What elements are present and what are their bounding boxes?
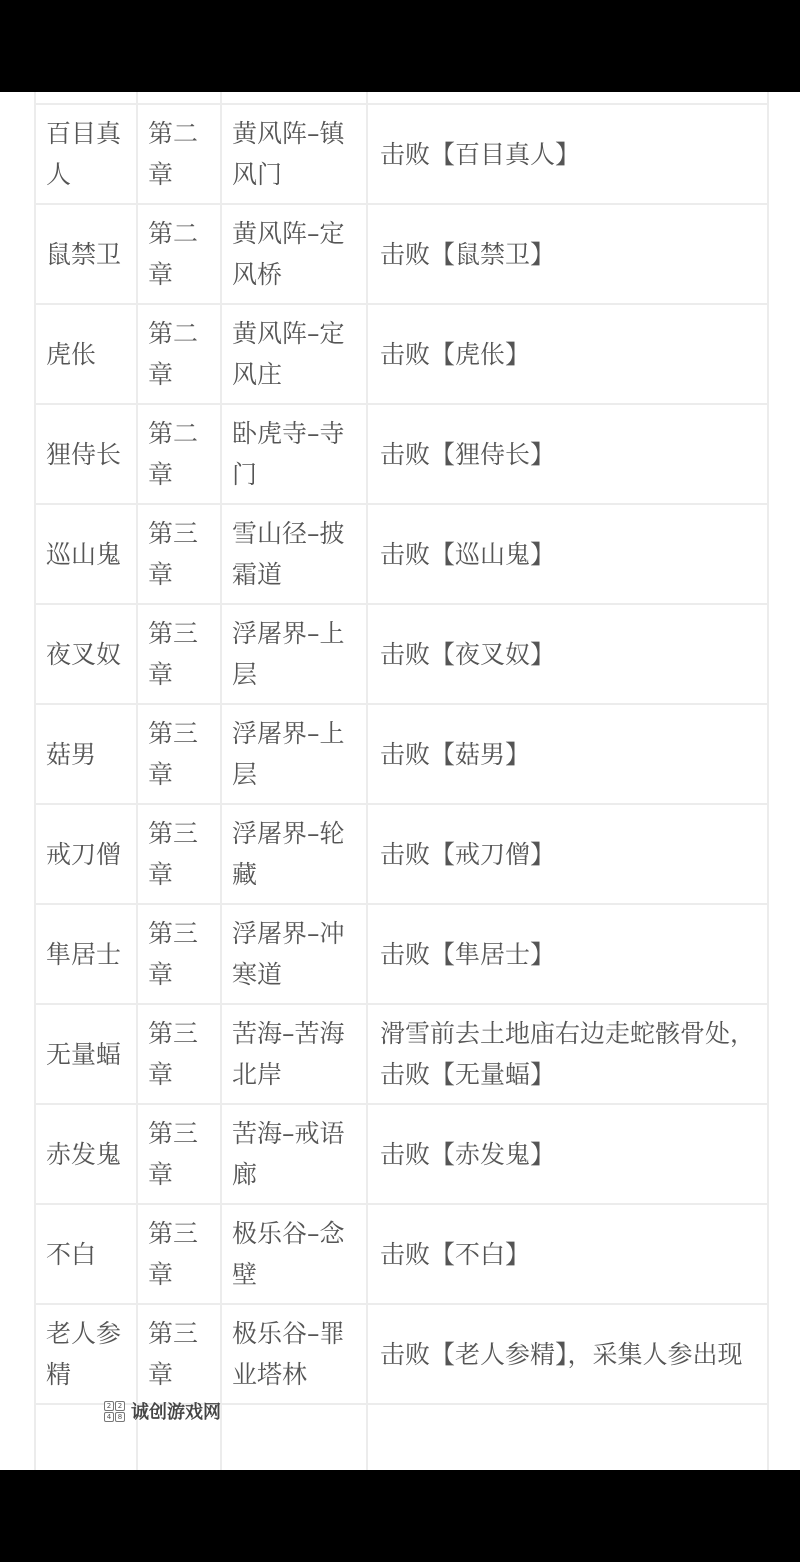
table-row: 不白 第三章 极乐谷–念壁 击败【不白】 [35, 1204, 768, 1304]
method-cell: 击败【戒刀僧】 [367, 804, 768, 904]
boss-cell: 赤发鬼 [35, 1104, 137, 1204]
boss-cell: 百目真人 [35, 104, 137, 204]
table-row: 百目真人 第二章 黄风阵–镇风门 击败【百目真人】 [35, 104, 768, 204]
table-row: 戒刀僧 第三章 浮屠界–轮藏 击败【戒刀僧】 [35, 804, 768, 904]
boss-cell: 无量蝠 [35, 1004, 137, 1104]
chapter-cell: 第三章 [137, 504, 221, 604]
table-row-partial-bottom [35, 1404, 768, 1470]
method-cell: 击败【巡山鬼】 [367, 504, 768, 604]
location-cell: 浮屠界–上层 [221, 604, 367, 704]
method-cell: 击败【百目真人】 [367, 104, 768, 204]
boss-cell: 戒刀僧 [35, 804, 137, 904]
method-cell: 击败【隼居士】 [367, 904, 768, 1004]
location-cell: 黄风阵–镇风门 [221, 104, 367, 204]
location-cell: 雪山径–披霜道 [221, 504, 367, 604]
chapter-cell: 第三章 [137, 1204, 221, 1304]
boss-cell: 巡山鬼 [35, 504, 137, 604]
boss-cell: 隼居士 [35, 904, 137, 1004]
chapter-cell: 第二章 [137, 204, 221, 304]
method-cell: 滑雪前去土地庙右边走蛇骸骨处，击败【无量蝠】 [367, 1004, 768, 1104]
top-black-bar [0, 0, 800, 92]
location-cell: 苦海–苦海北岸 [221, 1004, 367, 1104]
table-row: 狸侍长 第二章 卧虎寺–寺门 击败【狸侍长】 [35, 404, 768, 504]
location-cell: 极乐谷–念壁 [221, 1204, 367, 1304]
chapter-cell: 第二章 [137, 304, 221, 404]
method-cell: 击败【狸侍长】 [367, 404, 768, 504]
boss-cell: 不白 [35, 1204, 137, 1304]
method-cell: 击败【鼠禁卫】 [367, 204, 768, 304]
table-row: 隼居士 第三章 浮屠界–冲寒道 击败【隼居士】 [35, 904, 768, 1004]
location-cell: 黄风阵–定风庄 [221, 304, 367, 404]
table-row-partial-top [35, 92, 768, 104]
location-cell: 极乐谷–罪业塔林 [221, 1304, 367, 1404]
method-cell: 击败【夜叉奴】 [367, 604, 768, 704]
location-cell: 浮屠界–上层 [221, 704, 367, 804]
location-cell: 苦海–戒语廊 [221, 1104, 367, 1204]
method-cell: 击败【不白】 [367, 1204, 768, 1304]
table-row: 夜叉奴 第三章 浮屠界–上层 击败【夜叉奴】 [35, 604, 768, 704]
method-cell: 击败【赤发鬼】 [367, 1104, 768, 1204]
table-row: 赤发鬼 第三章 苦海–戒语廊 击败【赤发鬼】 [35, 1104, 768, 1204]
boss-table: 百目真人 第二章 黄风阵–镇风门 击败【百目真人】 鼠禁卫 第二章 黄风阵–定风… [34, 92, 769, 1470]
boss-cell: 夜叉奴 [35, 604, 137, 704]
boss-cell: 狸侍长 [35, 404, 137, 504]
chapter-cell: 第三章 [137, 904, 221, 1004]
chapter-cell: 第二章 [137, 404, 221, 504]
location-cell: 黄风阵–定风桥 [221, 204, 367, 304]
chapter-cell: 第三章 [137, 604, 221, 704]
chapter-cell: 第三章 [137, 1304, 221, 1404]
location-cell: 浮屠界–轮藏 [221, 804, 367, 904]
location-cell: 卧虎寺–寺门 [221, 404, 367, 504]
boss-cell: 菇男 [35, 704, 137, 804]
table-row: 老人参精 第三章 极乐谷–罪业塔林 击败【老人参精】，采集人参出现 [35, 1304, 768, 1404]
boss-cell: 虎伥 [35, 304, 137, 404]
method-cell: 击败【菇男】 [367, 704, 768, 804]
chapter-cell: 第三章 [137, 1004, 221, 1104]
bottom-black-bar [0, 1470, 800, 1562]
table-row: 菇男 第三章 浮屠界–上层 击败【菇男】 [35, 704, 768, 804]
method-cell: 击败【老人参精】，采集人参出现 [367, 1304, 768, 1404]
method-cell: 击败【虎伥】 [367, 304, 768, 404]
table-row: 虎伥 第二章 黄风阵–定风庄 击败【虎伥】 [35, 304, 768, 404]
table-row: 鼠禁卫 第二章 黄风阵–定风桥 击败【鼠禁卫】 [35, 204, 768, 304]
boss-cell: 老人参精 [35, 1304, 137, 1404]
boss-cell: 鼠禁卫 [35, 204, 137, 304]
chapter-cell: 第三章 [137, 1104, 221, 1204]
location-cell: 浮屠界–冲寒道 [221, 904, 367, 1004]
table-row: 无量蝠 第三章 苦海–苦海北岸 滑雪前去土地庙右边走蛇骸骨处，击败【无量蝠】 [35, 1004, 768, 1104]
chapter-cell: 第三章 [137, 704, 221, 804]
chapter-cell: 第二章 [137, 104, 221, 204]
chapter-cell: 第三章 [137, 804, 221, 904]
table-row: 巡山鬼 第三章 雪山径–披霜道 击败【巡山鬼】 [35, 504, 768, 604]
document-page: 百目真人 第二章 黄风阵–镇风门 击败【百目真人】 鼠禁卫 第二章 黄风阵–定风… [0, 92, 800, 1470]
